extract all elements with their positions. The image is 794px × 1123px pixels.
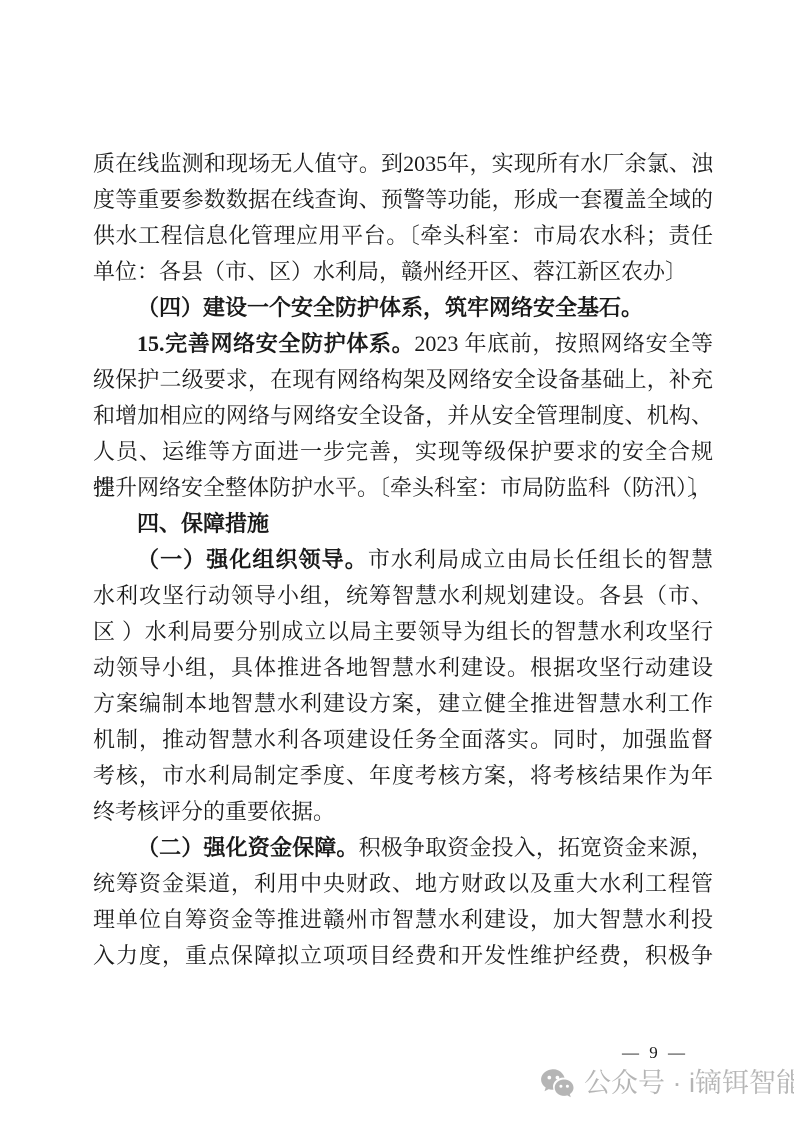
doc-line: 提升网络安全整体防护水平。〔牵头科室：市局防监科（防汛）〕 (93, 470, 713, 506)
bold-text: （二）强化资金保障。 (137, 835, 359, 860)
body-text: 质在线监测和现场无人值守。到2035年，实现所有水厂余氯、浊 (93, 151, 713, 176)
doc-line: （四）建设一个安全防护体系，筑牢网络安全基石。 (93, 290, 713, 326)
page-number: — 9 — (590, 1043, 720, 1063)
body-text: 机制，推动智慧水利各项建设任务全面落实。同时，加强监督 (93, 727, 713, 752)
bold-text: 15.完善网络安全防护体系。 (137, 331, 414, 356)
doc-line: 水利攻坚行动领导小组，统筹智慧水利规划建设。各县（市、 (93, 578, 713, 614)
doc-line: 入力度，重点保障拟立项项目经费和开发性维护经费，积极争 (93, 938, 713, 974)
bold-text: （四）建设一个安全防护体系，筑牢网络安全基石。 (137, 295, 643, 320)
doc-line: （一）强化组织领导。市水利局成立由局长任组长的智慧 (93, 542, 713, 578)
body-text: 级保护二级要求，在现有网络构架及网络安全设备基础上，补充 (93, 367, 713, 392)
watermark-text: 公众号 · i镝铒智能 (584, 1066, 794, 1100)
body-text: 统筹资金渠道，利用中央财政、地方财政以及重大水利工程管 (93, 871, 713, 896)
body-text: 单位：各县（市、区）水利局，赣州经开区、蓉江新区农办〕 (93, 259, 687, 284)
doc-line: 和增加相应的网络与网络安全设备，并从安全管理制度、机构、 (93, 398, 713, 434)
doc-line: 度等重要参数数据在线查询、预警等功能，形成一套覆盖全域的 (93, 182, 713, 218)
body-text: 区 ）水利局要分别成立以局主要领导为组长的智慧水利攻坚行 (93, 619, 713, 644)
body-text: 考核，市水利局制定季度、年度考核方案，将考核结果作为年 (93, 763, 713, 788)
body-text: 供水工程信息化管理应用平台。〔牵头科室：市局农水科；责任 (93, 223, 713, 248)
body-text: 终考核评分的重要依据。 (93, 799, 335, 824)
watermark: 公众号 · i镝铒智能 (540, 1066, 794, 1100)
body-text: 动领导小组，具体推进各地智慧水利建设。根据攻坚行动建设 (93, 655, 713, 680)
doc-line: 15.完善网络安全防护体系。2023 年底前，按照网络安全等 (93, 326, 713, 362)
section-heading: 四、保障措施 (93, 506, 713, 542)
doc-line: 人员、运维等方面进一步完善，实现等级保护要求的安全合规性， (93, 434, 713, 470)
body-text: 提升网络安全整体防护水平。〔牵头科室：市局防监科（防汛）〕 (93, 475, 709, 500)
document-page: 质在线监测和现场无人值守。到2035年，实现所有水厂余氯、浊度等重要参数数据在线… (0, 0, 794, 1123)
doc-line: 动领导小组，具体推进各地智慧水利建设。根据攻坚行动建设 (93, 650, 713, 686)
doc-line: 级保护二级要求，在现有网络构架及网络安全设备基础上，补充 (93, 362, 713, 398)
body-text: 理单位自筹资金等推进赣州市智慧水利建设，加大智慧水利投 (93, 907, 713, 932)
body-text: 和增加相应的网络与网络安全设备，并从安全管理制度、机构、 (93, 403, 713, 428)
doc-line: 理单位自筹资金等推进赣州市智慧水利建设，加大智慧水利投 (93, 902, 713, 938)
doc-line: 区 ）水利局要分别成立以局主要领导为组长的智慧水利攻坚行 (93, 614, 713, 650)
body-text: 积极争取资金投入，拓宽资金来源， (359, 835, 713, 860)
wechat-icon (540, 1068, 575, 1099)
doc-line: 单位：各县（市、区）水利局，赣州经开区、蓉江新区农办〕 (93, 254, 713, 290)
doc-line: （二）强化资金保障。积极争取资金投入，拓宽资金来源， (93, 830, 713, 866)
doc-line: 考核，市水利局制定季度、年度考核方案，将考核结果作为年 (93, 758, 713, 794)
doc-line: 方案编制本地智慧水利建设方案，建立健全推进智慧水利工作 (93, 686, 713, 722)
body-text: 方案编制本地智慧水利建设方案，建立健全推进智慧水利工作 (93, 691, 713, 716)
doc-line: 供水工程信息化管理应用平台。〔牵头科室：市局农水科；责任 (93, 218, 713, 254)
body-text: 水利攻坚行动领导小组，统筹智慧水利规划建设。各县（市、 (93, 583, 713, 608)
doc-line: 质在线监测和现场无人值守。到2035年，实现所有水厂余氯、浊 (93, 146, 713, 182)
bold-text: （一）强化组织领导。 (137, 547, 368, 572)
doc-line: 终考核评分的重要依据。 (93, 794, 713, 830)
doc-line: 统筹资金渠道，利用中央财政、地方财政以及重大水利工程管 (93, 866, 713, 902)
body-text: 市水利局成立由局长任组长的智慧 (368, 547, 713, 572)
doc-line: 机制，推动智慧水利各项建设任务全面落实。同时，加强监督 (93, 722, 713, 758)
body-text: 度等重要参数数据在线查询、预警等功能，形成一套覆盖全域的 (93, 187, 713, 212)
bold-text: 四、保障措施 (137, 511, 269, 536)
body-text: 2023 年底前，按照网络安全等 (414, 331, 713, 356)
document-body: 质在线监测和现场无人值守。到2035年，实现所有水厂余氯、浊度等重要参数数据在线… (93, 146, 713, 974)
body-text: 入力度，重点保障拟立项项目经费和开发性维护经费，积极争 (93, 943, 713, 968)
